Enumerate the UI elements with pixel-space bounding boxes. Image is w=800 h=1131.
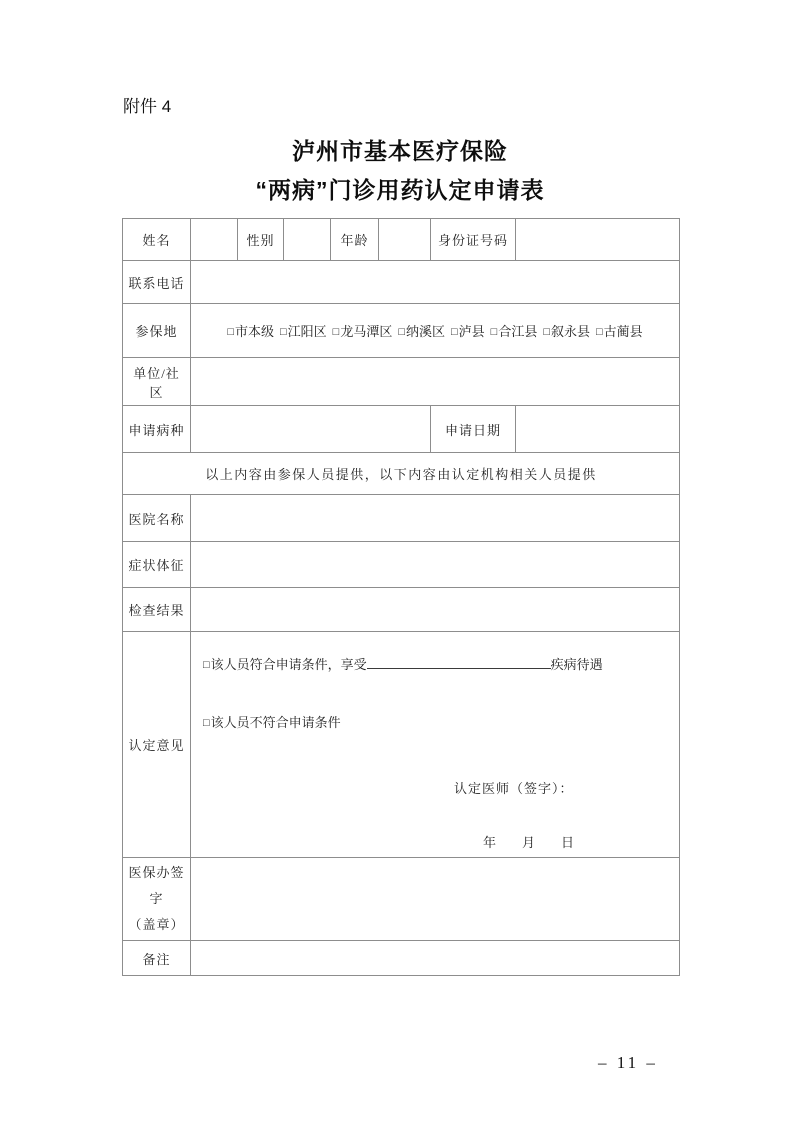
table-row: 单位/社区 — [123, 358, 680, 406]
checkbox-icon: □ — [227, 326, 234, 338]
table-row: 联系电话 — [123, 261, 680, 304]
checkbox-option-label: 古蔺县 — [604, 324, 643, 339]
checkbox-option-label: 市本级 — [235, 324, 274, 339]
unit-value-cell — [191, 358, 680, 406]
table-row: 医保办签字 （盖章） — [123, 858, 680, 941]
checkbox-icon: □ — [203, 717, 210, 729]
scanned-form-page: 附件 4 泸州市基本医疗保险 “两病”门诊用药认定申请表 姓名 性别 年龄 身份… — [0, 0, 800, 1131]
apply-date-value-cell — [516, 406, 680, 453]
checkbox-option-label: 叙永县 — [551, 324, 590, 339]
checkbox-icon: □ — [596, 326, 603, 338]
name-label: 姓名 — [123, 219, 191, 261]
checkbox-option: □合江县 — [491, 324, 538, 339]
checkbox-option-label: 江阳区 — [288, 324, 327, 339]
checkbox-icon: □ — [398, 326, 405, 338]
checkbox-icon: □ — [280, 326, 287, 338]
opinion-label: 认定意见 — [123, 632, 191, 858]
exam-result-value-cell — [191, 588, 680, 632]
checkbox-option-label: 龙马潭区 — [340, 324, 392, 339]
insurance-office-label-line2: （盖章） — [127, 912, 186, 938]
age-label: 年龄 — [331, 219, 379, 261]
symptoms-label: 症状体征 — [123, 542, 191, 588]
checkbox-option: □纳溪区 — [398, 324, 445, 339]
remarks-label: 备注 — [123, 941, 191, 976]
phone-label: 联系电话 — [123, 261, 191, 304]
hospital-label: 医院名称 — [123, 495, 191, 542]
section-note: 以上内容由参保人员提供，以下内容由认定机构相关人员提供 — [123, 453, 680, 495]
checkbox-icon: □ — [203, 659, 210, 671]
phone-value-cell — [191, 261, 680, 304]
table-row: 检查结果 — [123, 588, 680, 632]
insurance-office-label-line1: 医保办签字 — [127, 860, 186, 912]
opinion-option-eligible: □该人员符合申请条件，享受疾病待遇 — [203, 654, 603, 673]
checkbox-option: □市本级 — [227, 324, 274, 339]
table-row: 备注 — [123, 941, 680, 976]
checkbox-option-label: 合江县 — [498, 324, 537, 339]
apply-date-label: 申请日期 — [431, 406, 516, 453]
application-form-table: 姓名 性别 年龄 身份证号码 联系电话 参保地 □市本级□江阳区□龙马潭区□纳溪… — [122, 218, 680, 976]
table-row: 姓名 性别 年龄 身份证号码 — [123, 219, 680, 261]
page-number: – 11 – — [598, 1053, 658, 1073]
opinion-option1-prefix: 该人员符合申请条件，享受 — [211, 657, 367, 672]
checkbox-icon: □ — [333, 326, 340, 338]
doctor-signature-label: 认定医师（签字）： — [454, 778, 574, 797]
id-number-label: 身份证号码 — [431, 219, 516, 261]
checkbox-icon: □ — [451, 326, 458, 338]
form-title-line1: 泸州市基本医疗保险 — [0, 136, 800, 166]
gender-label: 性别 — [238, 219, 284, 261]
table-row: 以上内容由参保人员提供，以下内容由认定机构相关人员提供 — [123, 453, 680, 495]
benefit-blank-underline — [367, 656, 551, 669]
checkbox-icon: □ — [491, 326, 498, 338]
hospital-value-cell — [191, 495, 680, 542]
form-title: 泸州市基本医疗保险 “两病”门诊用药认定申请表 — [0, 136, 800, 205]
insurance-office-label: 医保办签字 （盖章） — [123, 858, 191, 941]
checkbox-option-label: 纳溪区 — [406, 324, 445, 339]
insured-area-options: □市本级□江阳区□龙马潭区□纳溪区□泸县□合江县□叙永县□古蔺县 — [191, 304, 680, 358]
id-number-value-cell — [516, 219, 680, 261]
insurance-office-value-cell — [191, 858, 680, 941]
checkbox-option-label: 泸县 — [459, 324, 485, 339]
insured-area-label: 参保地 — [123, 304, 191, 358]
date-blank-line: 年 月 日 — [483, 832, 574, 851]
form-title-line2: “两病”门诊用药认定申请表 — [0, 175, 800, 205]
table-row: 认定意见 □该人员符合申请条件，享受疾病待遇 □该人员不符合申请条件 认定医师（… — [123, 632, 680, 858]
age-value-cell — [379, 219, 431, 261]
exam-result-label: 检查结果 — [123, 588, 191, 632]
table-row: 症状体征 — [123, 542, 680, 588]
checkbox-icon: □ — [543, 326, 550, 338]
disease-label: 申请病种 — [123, 406, 191, 453]
name-value-cell — [191, 219, 238, 261]
remarks-value-cell — [191, 941, 680, 976]
opinion-option1-suffix: 疾病待遇 — [551, 657, 603, 672]
checkbox-option: □古蔺县 — [596, 324, 643, 339]
table-row: 参保地 □市本级□江阳区□龙马潭区□纳溪区□泸县□合江县□叙永县□古蔺县 — [123, 304, 680, 358]
disease-value-cell — [191, 406, 431, 453]
checkbox-option: □叙永县 — [543, 324, 590, 339]
unit-label: 单位/社区 — [123, 358, 191, 406]
attachment-label: 附件 4 — [123, 92, 171, 117]
opinion-option2-label: 该人员不符合申请条件 — [211, 715, 341, 730]
checkbox-option: □龙马潭区 — [333, 324, 393, 339]
table-row: 医院名称 — [123, 495, 680, 542]
table-row: 申请病种 申请日期 — [123, 406, 680, 453]
checkbox-option: □泸县 — [451, 324, 485, 339]
gender-value-cell — [284, 219, 331, 261]
symptoms-value-cell — [191, 542, 680, 588]
opinion-content-cell: □该人员符合申请条件，享受疾病待遇 □该人员不符合申请条件 认定医师（签字）： … — [191, 632, 680, 858]
checkbox-option: □江阳区 — [280, 324, 327, 339]
opinion-option-not-eligible: □该人员不符合申请条件 — [203, 712, 341, 731]
